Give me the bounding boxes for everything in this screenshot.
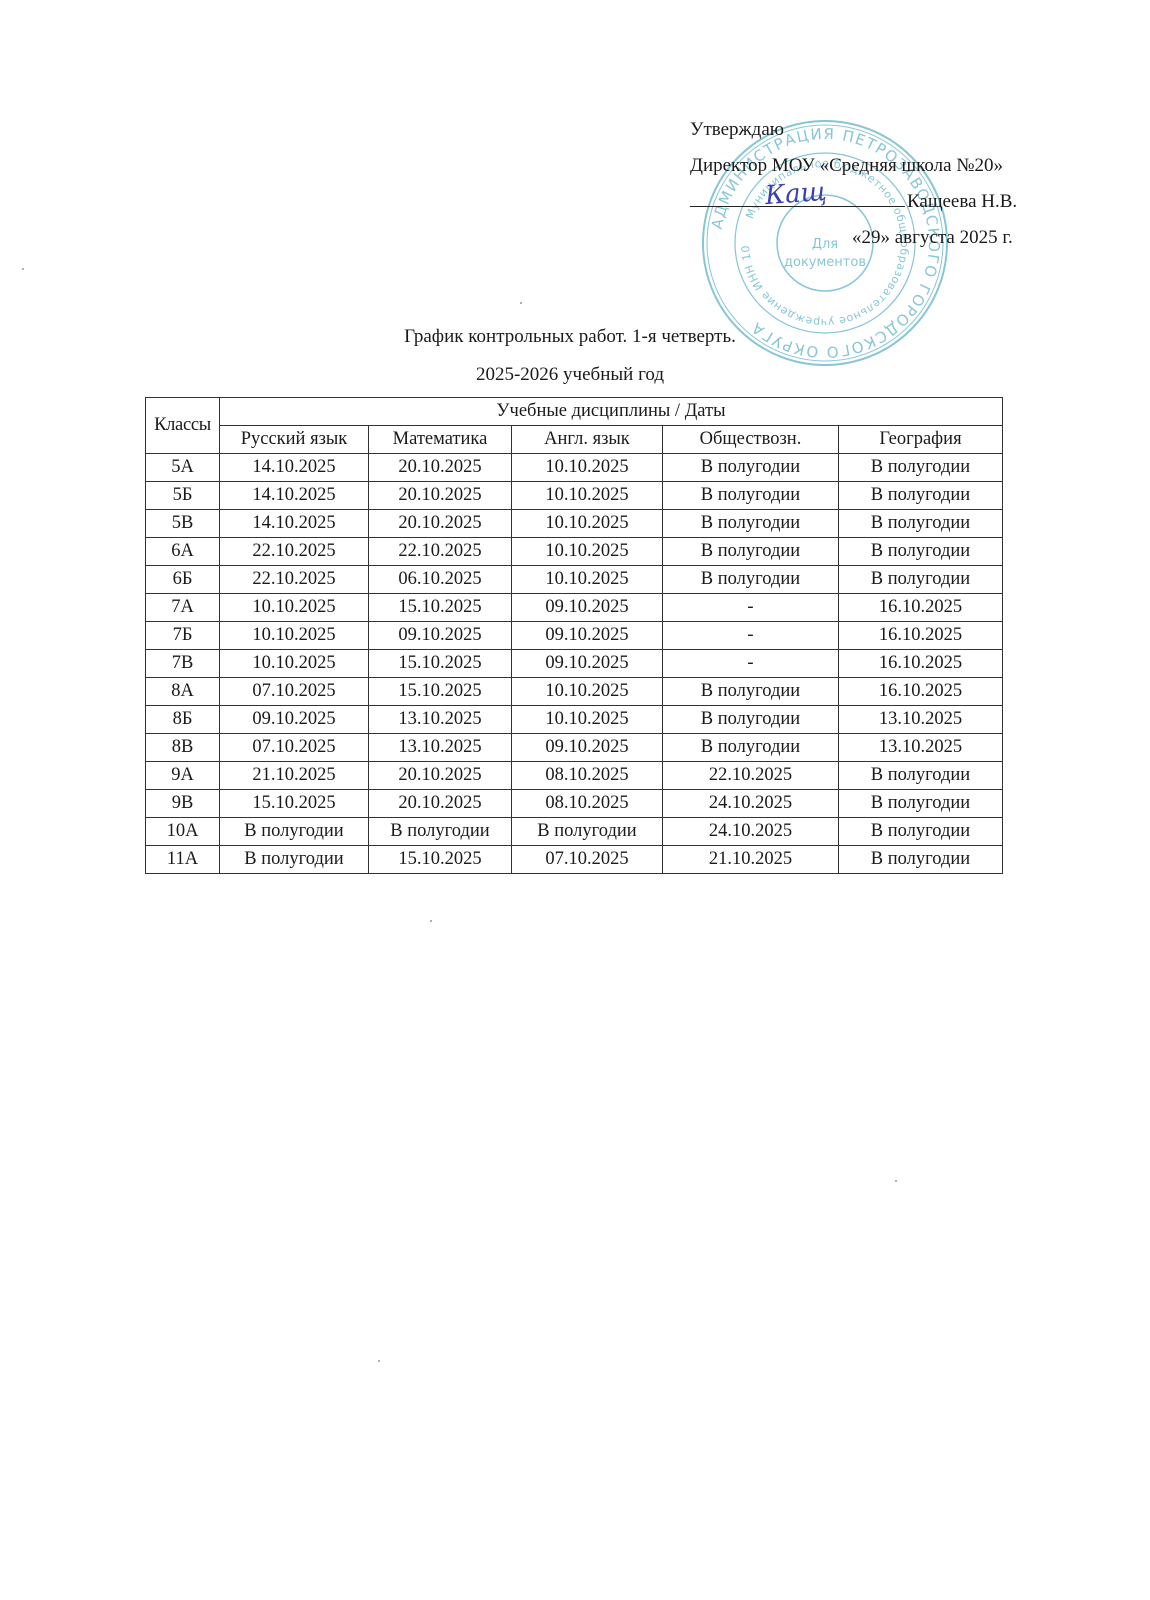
date-cell: В полугодии (839, 790, 1003, 818)
class-cell: 9В (146, 790, 220, 818)
date-cell: 20.10.2025 (369, 790, 512, 818)
table-row: 8А07.10.202515.10.202510.10.2025В полуго… (146, 678, 1003, 706)
subject-header: Обществозн. (663, 426, 839, 454)
class-cell: 6Б (146, 566, 220, 594)
date-cell: В полугодии (663, 510, 839, 538)
date-cell: В полугодии (839, 454, 1003, 482)
date-cell: 10.10.2025 (220, 650, 369, 678)
date-cell: 13.10.2025 (369, 706, 512, 734)
table-row: 7А10.10.202515.10.202509.10.2025-16.10.2… (146, 594, 1003, 622)
date-cell: В полугодии (663, 454, 839, 482)
date-cell: 15.10.2025 (369, 846, 512, 874)
class-cell: 6А (146, 538, 220, 566)
svg-text:документов: документов (784, 255, 866, 270)
date-cell: - (663, 594, 839, 622)
date-cell: 14.10.2025 (220, 510, 369, 538)
date-cell: 16.10.2025 (839, 650, 1003, 678)
date-cell: 15.10.2025 (369, 594, 512, 622)
date-cell: 21.10.2025 (663, 846, 839, 874)
date-cell: 10.10.2025 (512, 566, 663, 594)
date-cell: В полугодии (369, 818, 512, 846)
date-cell: 10.10.2025 (512, 454, 663, 482)
table-row: 5А14.10.202520.10.202510.10.2025В полуго… (146, 454, 1003, 482)
class-cell: 8А (146, 678, 220, 706)
date-cell: 24.10.2025 (663, 818, 839, 846)
table-row: 10АВ полугодииВ полугодииВ полугодии24.1… (146, 818, 1003, 846)
class-cell: 8Б (146, 706, 220, 734)
date-cell: 10.10.2025 (512, 678, 663, 706)
date-cell: 24.10.2025 (663, 790, 839, 818)
class-cell: 7А (146, 594, 220, 622)
subject-header: Математика (369, 426, 512, 454)
table-row: 7Б10.10.202509.10.202509.10.2025-16.10.2… (146, 622, 1003, 650)
date-cell: 22.10.2025 (220, 566, 369, 594)
date-cell: В полугодии (839, 846, 1003, 874)
approve-word: Утверждаю (690, 112, 1017, 148)
date-cell: 20.10.2025 (369, 762, 512, 790)
date-cell: 20.10.2025 (369, 482, 512, 510)
date-cell: 09.10.2025 (512, 734, 663, 762)
date-cell: 16.10.2025 (839, 678, 1003, 706)
date-cell: 21.10.2025 (220, 762, 369, 790)
signature-row: Кащеева Н.В. Кащ (690, 184, 1017, 220)
date-cell: 10.10.2025 (220, 594, 369, 622)
date-cell: 09.10.2025 (220, 706, 369, 734)
date-cell: 15.10.2025 (220, 790, 369, 818)
class-cell: 7Б (146, 622, 220, 650)
date-cell: - (663, 622, 839, 650)
date-cell: 06.10.2025 (369, 566, 512, 594)
scan-speck (520, 302, 522, 304)
academic-year: 2025-2026 учебный год (0, 364, 1145, 386)
date-cell: 16.10.2025 (839, 594, 1003, 622)
subject-header: Англ. язык (512, 426, 663, 454)
date-cell: В полугодии (839, 762, 1003, 790)
date-cell: В полугодии (839, 566, 1003, 594)
class-cell: 5В (146, 510, 220, 538)
scan-speck (430, 920, 432, 922)
scan-speck (895, 1180, 897, 1182)
date-cell: 20.10.2025 (369, 510, 512, 538)
table-row: 9А21.10.202520.10.202508.10.202522.10.20… (146, 762, 1003, 790)
table-row: 11АВ полугодии15.10.202507.10.202521.10.… (146, 846, 1003, 874)
date-cell: - (663, 650, 839, 678)
date-cell: В полугодии (663, 566, 839, 594)
handwritten-signature: Кащ (764, 174, 828, 214)
approval-block: Утверждаю Директор МОУ «Средняя школа №2… (690, 112, 1017, 256)
date-cell: В полугодии (220, 846, 369, 874)
date-cell: 07.10.2025 (220, 678, 369, 706)
table-row: 9В15.10.202520.10.202508.10.202524.10.20… (146, 790, 1003, 818)
date-cell: 10.10.2025 (512, 482, 663, 510)
date-cell: В полугодии (839, 510, 1003, 538)
date-cell: 14.10.2025 (220, 454, 369, 482)
class-cell: 10А (146, 818, 220, 846)
table-row: 8В07.10.202513.10.202509.10.2025В полуго… (146, 734, 1003, 762)
approval-date: «29» августа 2025 г. (690, 220, 1017, 256)
date-cell: 16.10.2025 (839, 622, 1003, 650)
date-cell: 10.10.2025 (220, 622, 369, 650)
date-cell: 10.10.2025 (512, 538, 663, 566)
date-cell: 08.10.2025 (512, 762, 663, 790)
date-cell: В полугодии (663, 734, 839, 762)
date-cell: 15.10.2025 (369, 650, 512, 678)
date-cell: 13.10.2025 (839, 706, 1003, 734)
table-row: 6А22.10.202522.10.202510.10.2025В полуго… (146, 538, 1003, 566)
table-row: 8Б09.10.202513.10.202510.10.2025В полуго… (146, 706, 1003, 734)
date-cell: В полугодии (839, 482, 1003, 510)
date-cell: 10.10.2025 (512, 510, 663, 538)
date-cell: 10.10.2025 (512, 706, 663, 734)
date-cell: В полугодии (663, 538, 839, 566)
class-cell: 5Б (146, 482, 220, 510)
class-cell: 9А (146, 762, 220, 790)
date-cell: 13.10.2025 (839, 734, 1003, 762)
date-cell: 22.10.2025 (663, 762, 839, 790)
date-cell: 14.10.2025 (220, 482, 369, 510)
class-cell: 5А (146, 454, 220, 482)
date-cell: В полугодии (512, 818, 663, 846)
date-cell: 07.10.2025 (512, 846, 663, 874)
date-cell: 20.10.2025 (369, 454, 512, 482)
class-cell: 7В (146, 650, 220, 678)
subject-header: География (839, 426, 1003, 454)
date-cell: 22.10.2025 (369, 538, 512, 566)
table-row: 5В14.10.202520.10.202510.10.2025В полуго… (146, 510, 1003, 538)
tests-schedule-table: Классы Учебные дисциплины / Даты Русский… (145, 397, 1003, 874)
date-cell: В полугодии (663, 706, 839, 734)
document-title: График контрольных работ. 1-я четверть. (0, 326, 1145, 348)
date-cell: В полугодии (220, 818, 369, 846)
table-row: 5Б14.10.202520.10.202510.10.2025В полуго… (146, 482, 1003, 510)
date-cell: 08.10.2025 (512, 790, 663, 818)
date-cell: 15.10.2025 (369, 678, 512, 706)
classes-header: Классы (146, 398, 220, 454)
date-cell: 09.10.2025 (512, 622, 663, 650)
date-cell: В полугодии (663, 678, 839, 706)
director-position: Директор МОУ «Средняя школа №20» (690, 148, 1017, 184)
date-cell: 09.10.2025 (369, 622, 512, 650)
class-cell: 8В (146, 734, 220, 762)
date-cell: В полугодии (839, 538, 1003, 566)
subject-header: Русский язык (220, 426, 369, 454)
scan-speck (22, 268, 24, 270)
table-row: 6Б22.10.202506.10.202510.10.2025В полуго… (146, 566, 1003, 594)
date-cell: В полугодии (839, 818, 1003, 846)
date-cell: В полугодии (663, 482, 839, 510)
director-name: Кащеева Н.В. (907, 191, 1017, 212)
date-cell: 07.10.2025 (220, 734, 369, 762)
date-cell: 09.10.2025 (512, 650, 663, 678)
subjects-group-header: Учебные дисциплины / Даты (220, 398, 1003, 426)
date-cell: 09.10.2025 (512, 594, 663, 622)
date-cell: 22.10.2025 (220, 538, 369, 566)
table-row: 7В10.10.202515.10.202509.10.2025-16.10.2… (146, 650, 1003, 678)
date-cell: 13.10.2025 (369, 734, 512, 762)
scan-speck (378, 1360, 380, 1362)
class-cell: 11А (146, 846, 220, 874)
